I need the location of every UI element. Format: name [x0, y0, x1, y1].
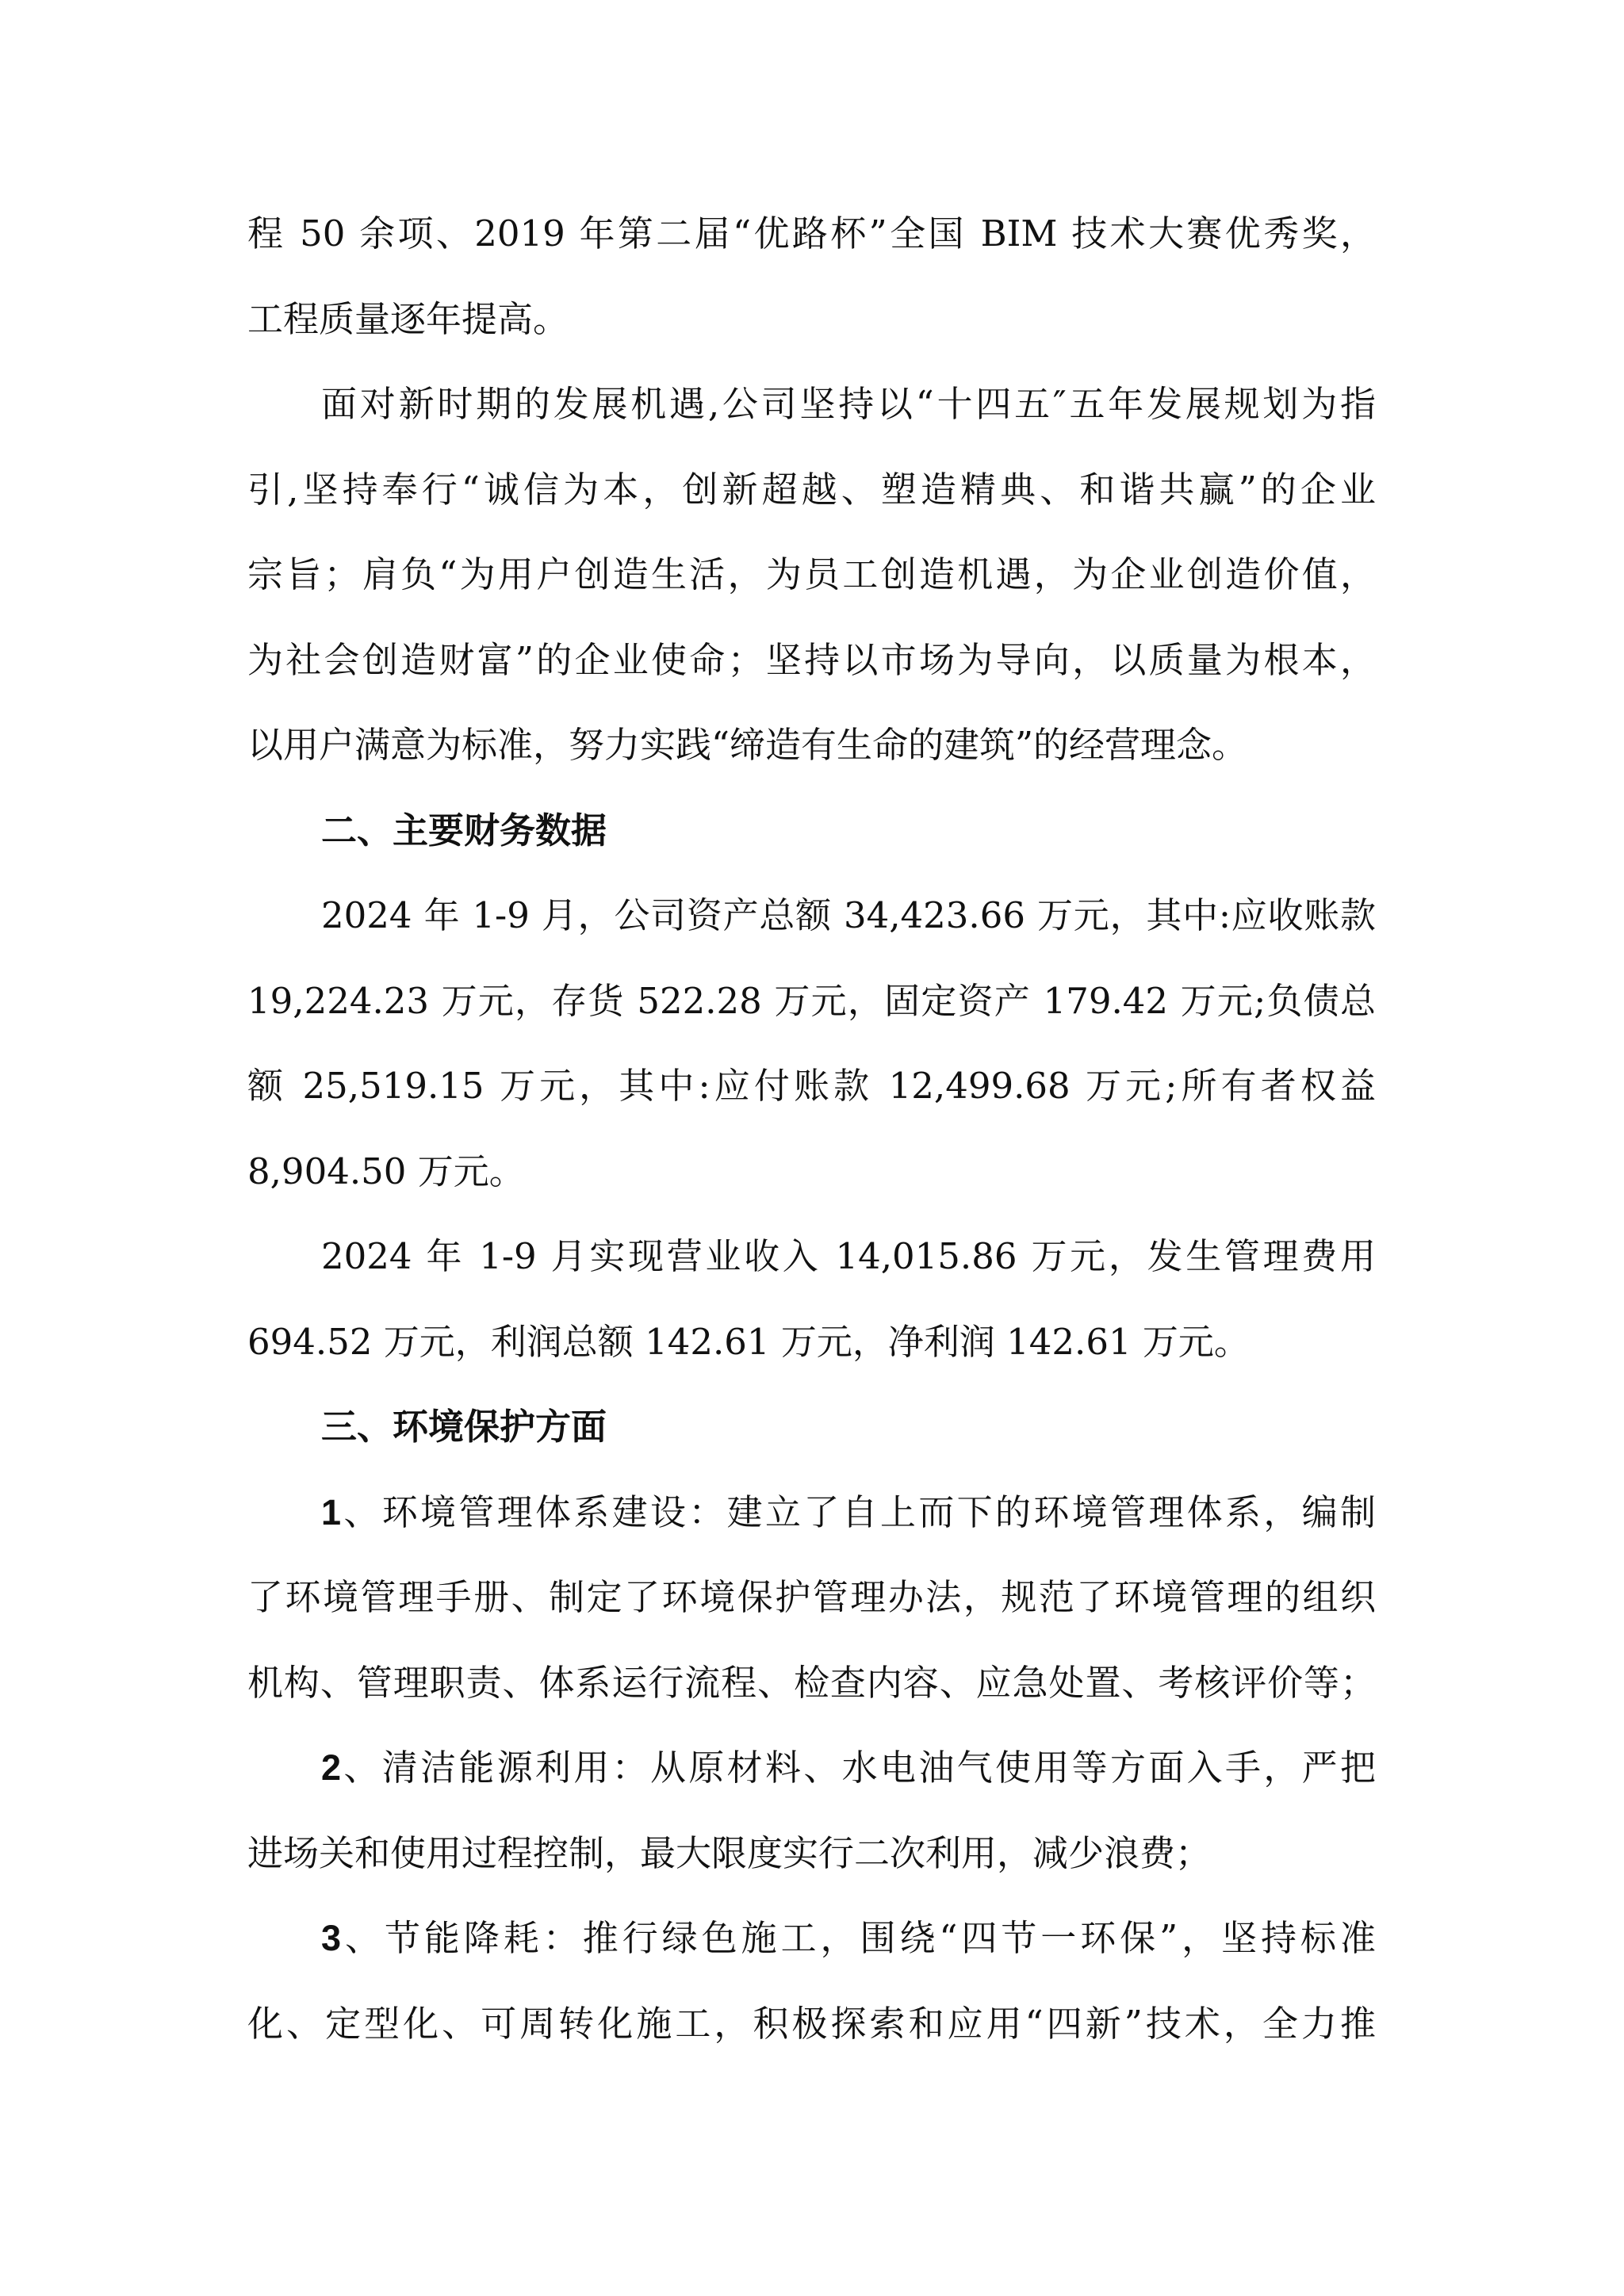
body-text-line: 2024 年 1-9 月实现营业收入 14,015.86 万元，发生管理费用	[321, 1233, 1376, 1280]
list-item-number: 1	[321, 1492, 341, 1533]
body-text-line: 引,坚持奉行“诚信为本，创新超越、塑造精典、和谐共赢”的企业	[247, 466, 1376, 514]
list-item-text: 、清洁能源利用：从原材料、水电油气使用等方面入手，严把	[341, 1747, 1376, 1789]
body-text-line: 工程质量逐年提高。	[247, 296, 1376, 343]
body-text-line: 宗旨；肩负“为用户创造生活，为员工创造机遇，为企业创造价值，	[247, 551, 1376, 599]
list-item-line: 1、环境管理体系建设：建立了自上而下的环境管理体系，编制	[321, 1489, 1376, 1536]
body-text-line: 694.52 万元，利润总额 142.61 万元，净利润 142.61 万元。	[247, 1318, 1376, 1366]
body-text-line: 以用户满意为标准，努力实践“缔造有生命的建筑”的经营理念。	[247, 721, 1376, 769]
body-text-line: 2024 年 1-9 月，公司资产总额 34,423.66 万元，其中:应收账款	[321, 892, 1376, 939]
list-item-number: 3	[321, 1918, 341, 1958]
body-text-line: 额 25,519.15 万元，其中:应付账款 12,499.68 万元;所有者权…	[247, 1062, 1376, 1110]
list-item-line: 2、清洁能源利用：从原材料、水电油气使用等方面入手，严把	[321, 1744, 1376, 1792]
body-text-line: 机构、管理职责、体系运行流程、检查内容、应急处置、考核评价等；	[247, 1659, 1376, 1707]
body-text-line: 面对新时期的发展机遇,公司坚持以“十四五″五年发展规划为指	[321, 381, 1376, 428]
section-heading-financial: 二、主要财务数据	[321, 807, 1376, 855]
body-text-line: 了环境管理手册、制定了环境保护管理办法，规范了环境管理的组织	[247, 1574, 1376, 1621]
list-item-text: 、环境管理体系建设：建立了自上而下的环境管理体系，编制	[341, 1491, 1376, 1533]
body-text-line: 为社会创造财富”的企业使命；坚持以市场为导向，以质量为根本，	[247, 637, 1376, 684]
body-text-line: 19,224.23 万元，存货 522.28 万元，固定资产 179.42 万元…	[247, 978, 1376, 1025]
body-text-line: 程 50 余项、2019 年第二届“优路杯”全国 BIM 技术大赛优秀奖，	[247, 210, 1376, 258]
list-item-number: 2	[321, 1747, 341, 1788]
document-page: 程 50 余项、2019 年第二届“优路杯”全国 BIM 技术大赛优秀奖， 工程…	[0, 0, 1624, 2296]
body-text-line: 进场关和使用过程控制，最大限度实行二次利用，减少浪费；	[247, 1830, 1376, 1877]
list-item-line: 3、节能降耗：推行绿色施工，围绕“四节一环保”，坚持标准	[321, 1915, 1376, 1962]
body-text-line: 化、定型化、可周转化施工，积极探索和应用“四新”技术，全力推	[247, 2000, 1376, 2048]
section-heading-environment: 三、环境保护方面	[321, 1403, 1376, 1451]
body-text-line: 8,904.50 万元。	[247, 1148, 1376, 1196]
list-item-text: 、节能降耗：推行绿色施工，围绕“四节一环保”，坚持标准	[341, 1917, 1376, 1959]
